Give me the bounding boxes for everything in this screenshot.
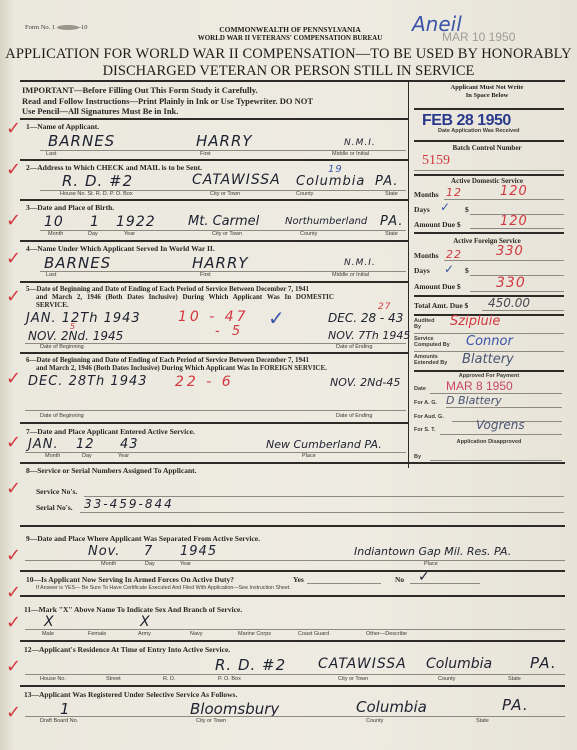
s5-row1-end: DEC. 28 - 43 [328, 311, 403, 325]
s9-day: 7 [144, 544, 153, 559]
s2-state: PA. [375, 174, 398, 189]
sub-label: Day [145, 561, 155, 567]
red-checkmark: ✓ [6, 210, 21, 231]
s11-label: 11—Mark "X" Above Name To Indicate Sex A… [24, 605, 242, 614]
red-checkmark: ✓ [6, 478, 21, 499]
form-number-text: Form No. 1 [25, 24, 55, 31]
s1-first-name: HARRY [196, 132, 253, 150]
dollar-sign: $ [465, 266, 469, 275]
line [446, 407, 562, 408]
s7-place: New Cumberland PA. [266, 438, 382, 451]
sub-label: Date of Ending [336, 344, 372, 350]
sub-label: Place [302, 453, 316, 459]
s1-middle: N.M.I. [344, 138, 376, 148]
red-checkmark: ✓ [6, 159, 21, 180]
s11-mark: X [140, 614, 151, 630]
line [414, 170, 564, 171]
s13-county: Columbia [356, 698, 427, 716]
s3-label: 3—Date and Place of Birth. [26, 203, 114, 212]
domestic-amount-value: 120 [500, 214, 528, 229]
s1-label: 1—Name of Applicant. [26, 122, 99, 131]
s12-label: 12—Applicant's Residence At Time of Entr… [24, 645, 230, 654]
extended-label: Amounts Extended By [414, 354, 448, 366]
red-checkmark: ✓ [6, 248, 21, 269]
rule [20, 595, 565, 597]
ag-signature: D Blattery [446, 394, 502, 407]
s6-label-1: 6—Date of Beginning and Date of Ending o… [26, 356, 309, 364]
foreign-months-label: Months [414, 251, 439, 260]
red-checkmark: ✓ [6, 432, 21, 453]
s5-label-1: 5—Date of Beginning and Date of Ending o… [26, 285, 309, 293]
sub-label: Month [101, 561, 116, 567]
s6-calc: 22 - 6 [175, 374, 234, 390]
s4-first-name: HARRY [192, 254, 249, 272]
sub-label: Last [46, 272, 56, 278]
rule [20, 199, 408, 201]
rule [20, 352, 408, 354]
computed-signature: Connor [466, 334, 513, 349]
domestic-months-amount: 120 [500, 184, 528, 199]
s10-yes-line[interactable] [307, 583, 381, 584]
line [444, 260, 564, 261]
s8-serial-value: 33-459-844 [84, 497, 174, 511]
rule [414, 140, 564, 142]
s11-option-male[interactable]: Male [42, 631, 54, 637]
form-number: Form No. 1 -10 [25, 24, 87, 31]
s11-option-navy[interactable]: Navy [190, 631, 203, 637]
line [482, 310, 564, 311]
audg-label: For Aud. G. [414, 414, 444, 420]
sub-label: House No. St. R. D. P. O. Box [60, 191, 133, 197]
red-checkmark: ✓ [6, 612, 21, 633]
sub-label: Middle or Initial [332, 272, 369, 278]
s3-day: 1 [90, 214, 100, 230]
s5-row1-calc: 10 - 47 [178, 309, 249, 325]
red-checkmark: ✓ [6, 545, 21, 566]
sub-label: Street [106, 676, 121, 682]
sub-label: State [385, 231, 398, 237]
red-checkmark: ✓ [6, 656, 21, 677]
line [470, 228, 564, 229]
s11-option-female[interactable]: Female [88, 631, 106, 637]
sub-label: First [200, 272, 211, 278]
sub-label: P. O. Box [218, 676, 241, 682]
sub-label: Middle or Initial [332, 151, 369, 157]
sub-label: State [385, 191, 398, 197]
rule [20, 422, 408, 424]
rule [20, 240, 408, 242]
application-form: Form No. 1 -10 COMMONWEALTH OF PENNSYLVA… [0, 0, 577, 750]
s8-serial-label: Serial No's. [36, 503, 73, 512]
smudge [57, 25, 79, 30]
office-heading-1: Applicant Must Not Write [412, 84, 562, 92]
sub-label: City or Town [338, 676, 368, 682]
sub-label: First [200, 151, 211, 157]
instruction-read: Read and Follow Instructions—Print Plain… [22, 96, 313, 106]
s12-state: PA. [530, 654, 557, 672]
line [444, 199, 564, 200]
foreign-title: Active Foreign Service [412, 237, 562, 245]
by-label: By [414, 454, 421, 460]
agency-line2: WORLD WAR II VETERANS' COMPENSATION BURE… [140, 34, 440, 42]
s11-option-other-describe[interactable]: Other—Describe [366, 631, 407, 637]
rule [414, 174, 564, 176]
st-label: For S. T. [414, 427, 435, 433]
foreign-amount-label: Amount Due $ [414, 282, 461, 291]
sub-label: Year [180, 561, 191, 567]
s9-place: Indiantown Gap Mil. Res. PA. [354, 545, 511, 558]
line [430, 460, 562, 461]
line [25, 629, 565, 630]
blue-checkmark: ✓ [444, 262, 454, 276]
foreign-amount-value: 330 [496, 275, 526, 291]
foreign-months-amount: 330 [496, 244, 524, 259]
s3-year: 1922 [116, 214, 156, 230]
date-stamp: MAR 10 1950 [442, 30, 515, 44]
s2-city: CATAWISSA [192, 172, 281, 188]
s12-county: Columbia [426, 656, 492, 672]
instruction-pencil: Use Pencil—All Signatures Must Be in Ink… [22, 106, 178, 116]
sub-label: Year [118, 453, 129, 459]
s5-row1-begin: JAN. 12Th 1943 [26, 311, 141, 326]
batch-value: 5159 [422, 153, 450, 169]
s7-day: 12 [76, 437, 95, 452]
audited-label: Audited By [414, 318, 440, 330]
s7-label: 7—Date and Place Applicant Entered Activ… [26, 427, 195, 436]
line [25, 716, 565, 717]
s6-begin: DEC. 28Th 1943 [28, 374, 148, 389]
s10-no-label: No [395, 575, 404, 584]
sub-label: Date of Beginning [40, 344, 84, 350]
extended-signature: Blattery [462, 352, 514, 367]
rule [20, 118, 408, 120]
sub-label: Date of Ending [336, 413, 372, 419]
line [440, 434, 562, 435]
sub-label: City or Town [196, 718, 226, 724]
title-line1: APPLICATION FOR WORLD WAR II COMPENSATIO… [0, 46, 577, 63]
sub-label: Day [82, 453, 92, 459]
rule [20, 685, 565, 687]
sub-label: County [300, 231, 317, 237]
line [470, 291, 564, 292]
sub-label: County [438, 676, 455, 682]
rule [20, 462, 565, 464]
dollar-sign: $ [465, 205, 469, 214]
s11-option-army[interactable]: Army [138, 631, 151, 637]
total-value: 450.00 [488, 296, 530, 310]
header-rule [20, 80, 565, 82]
sub-label: Place [424, 561, 438, 567]
blue-checkmark: ✓ [440, 200, 450, 214]
s5-row2-begin: NOV. 2Nd. 1945 [28, 329, 123, 343]
s10-no-line [410, 583, 480, 584]
serial-no-line [80, 512, 564, 513]
blue-checkmark: ✓ [268, 306, 285, 330]
rule [20, 159, 408, 161]
red-checkmark: ✓ [6, 582, 21, 603]
sub-label: City or Town [212, 231, 242, 237]
rule [20, 525, 565, 527]
total-label: Total Amt. Due $ [414, 301, 468, 310]
sub-label: Day [88, 231, 98, 237]
s8-label: 8—Service or Serial Numbers Assigned To … [26, 466, 197, 475]
approved-date-stamp: MAR 8 1950 [446, 379, 513, 393]
s2-county: Columbia [296, 174, 365, 189]
s3-month: 10 [44, 214, 64, 230]
ag-label: For A. G. [414, 400, 437, 406]
s10-label: 10—Is Applicant Now Serving In Armed For… [26, 575, 234, 584]
domestic-months-label: Months [414, 190, 439, 199]
s9-year: 1945 [180, 544, 217, 559]
sub-label: R. D. [163, 676, 176, 682]
s6-label-2: and March 2, 1946 (Both Dates Inclusive)… [36, 364, 327, 372]
form-suffix: -10 [79, 24, 88, 31]
sub-label: County [366, 718, 383, 724]
s5-label-3: SERVICE. [36, 301, 69, 309]
s8-service-label: Service No's. [36, 487, 77, 496]
s9-label: 9—Date and Place Where Applicant Was Sep… [26, 534, 260, 543]
s2-house: R. D. #2 [62, 172, 133, 190]
s3-state: PA. [380, 214, 403, 229]
s12-rd: R. D. #2 [215, 656, 286, 674]
red-checkmark: ✓ [6, 118, 21, 139]
rule [20, 570, 565, 572]
s11-mark: X [44, 614, 55, 630]
s13-state: PA. [502, 696, 529, 714]
domestic-title: Active Domestic Service [412, 177, 562, 185]
line [25, 410, 406, 411]
s11-option-coast-guard[interactable]: Coast Guard [298, 631, 329, 637]
instruction-important: IMPORTANT—Before Filling Out This Form S… [22, 85, 258, 95]
sub-label: City or Town [210, 191, 240, 197]
sub-label: County [296, 191, 313, 197]
received-label: Date Application Was Received [438, 128, 520, 134]
rule [20, 640, 565, 642]
office-heading: Applicant Must Not Write In Space Below [412, 84, 562, 100]
disapproved-title: Application Disapproved [414, 439, 564, 445]
rule [414, 370, 564, 372]
rule [414, 108, 564, 110]
sub-label: Year [124, 231, 135, 237]
sub-label: State [508, 676, 521, 682]
domestic-amount-label: Amount Due $ [414, 220, 461, 229]
s6-end: NOV. 2Nd-45 [330, 376, 400, 389]
computed-label: Service Computed By [414, 336, 450, 348]
s10-note: If Answer is YES— Be Sure To Have Certif… [36, 585, 291, 591]
agency-line1: COMMONWEALTH OF PENNSYLVANIA [170, 25, 410, 34]
s13-label: 13—Applicant Was Registered Under Select… [24, 690, 237, 699]
domestic-days-label: Days [414, 205, 430, 214]
audited-signature: Szipluie [450, 314, 500, 329]
sub-label: Date of Beginning [40, 413, 84, 419]
office-heading-2: In Space Below [412, 92, 562, 100]
s7-month: JAN. [28, 437, 59, 452]
s11-option-marine-corps[interactable]: Marine Corps [238, 631, 271, 637]
rule [414, 232, 564, 234]
sub-label: State [476, 718, 489, 724]
st-signature: Vogrens [476, 418, 525, 432]
rule [20, 281, 408, 283]
s9-month: Nov. [88, 544, 120, 559]
s2-label: 2—Address to Which CHECK and MAIL is to … [26, 163, 202, 172]
s4-label: 4—Name Under Which Applicant Served In W… [26, 244, 215, 253]
s5-row2-end: NOV. 7Th 1945 [328, 329, 410, 342]
red-checkmark: ✓ [6, 368, 21, 389]
sub-label: Month [48, 231, 63, 237]
sub-label: Month [45, 453, 60, 459]
red-checkmark: ✓ [6, 286, 21, 307]
s3-county: Northumberland [285, 216, 367, 227]
s3-city: Mt. Carmel [188, 214, 259, 229]
red-checkmark: ✓ [6, 702, 21, 723]
panel-divider [408, 80, 409, 468]
s12-city: CATAWISSA [318, 656, 407, 672]
s5-row2-calc: - 5 [215, 324, 244, 339]
title-line2: DISCHARGED VETERAN OR PERSON STILL IN SE… [0, 63, 577, 80]
s4-middle: N.M.I. [344, 258, 376, 268]
domestic-months-value: 12 [446, 186, 462, 199]
s7-year: 43 [120, 437, 139, 452]
s5-label-2: and March 2, 1946 (Both Dates Inclusive)… [36, 293, 334, 301]
sub-label: House No. [40, 676, 66, 682]
foreign-days-label: Days [414, 266, 430, 275]
s4-last-name: BARNES [44, 254, 111, 272]
s1-last-name: BARNES [48, 132, 115, 150]
sub-label: Draft Board No. [40, 718, 78, 724]
s10-yes-label: Yes [293, 575, 304, 584]
approved-date-label: Date [414, 386, 426, 392]
batch-label: Batch Control Number [412, 144, 562, 152]
line [25, 674, 565, 675]
sub-label: Last [46, 151, 56, 157]
